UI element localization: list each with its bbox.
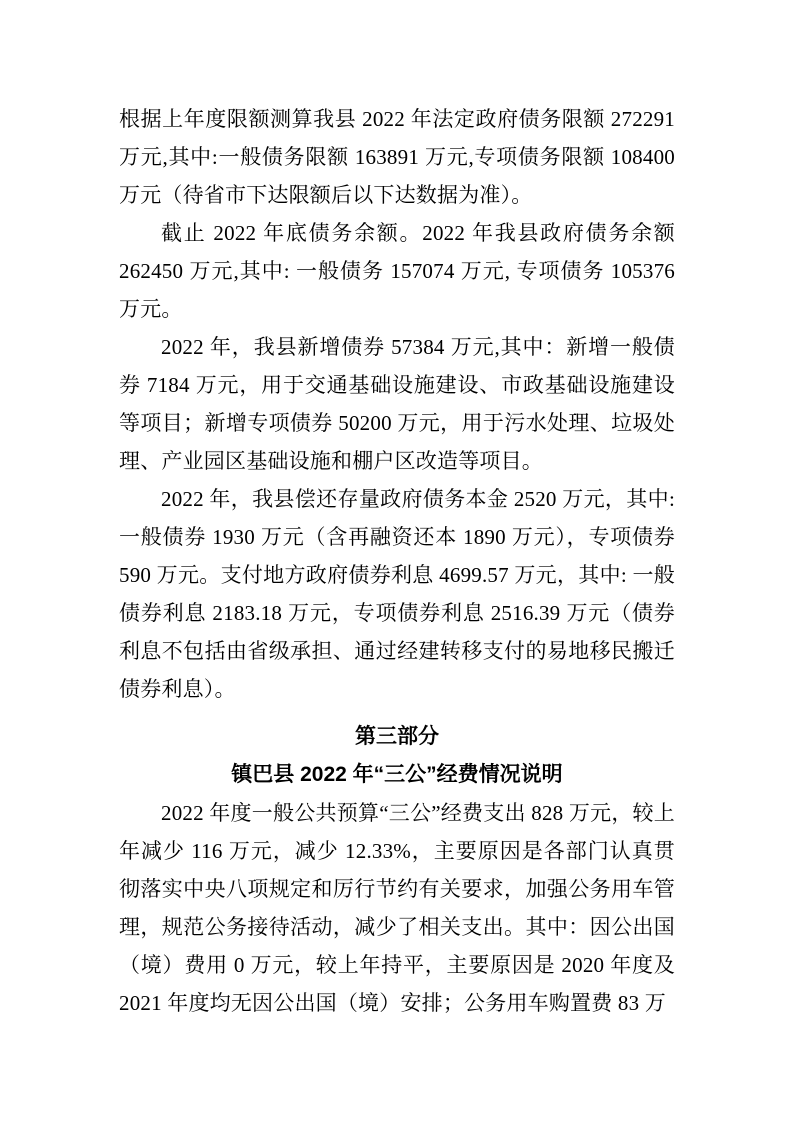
section-part-label: 第三部分	[119, 718, 675, 756]
section-title: 镇巴县 2022 年“三公”经费情况说明	[119, 756, 675, 794]
paragraph-three-public-expenses: 2022 年度一般公共预算“三公”经费支出 828 万元，较上年减少 116 万…	[119, 794, 675, 1022]
document-page: 根据上年度限额测算我县 2022 年法定政府债务限额 272291 万元,其中:…	[0, 0, 793, 1122]
paragraph-debt-limit: 根据上年度限额测算我县 2022 年法定政府债务限额 272291 万元,其中:…	[119, 100, 675, 214]
paragraph-new-bonds: 2022 年，我县新增债券 57384 万元,其中：新增一般债券 7184 万元…	[119, 328, 675, 480]
paragraph-debt-balance: 截止 2022 年底债务余额。2022 年我县政府债务余额 262450 万元,…	[119, 214, 675, 328]
paragraph-debt-repayment: 2022 年，我县偿还存量政府债务本金 2520 万元，其中:一般债券 1930…	[119, 480, 675, 708]
